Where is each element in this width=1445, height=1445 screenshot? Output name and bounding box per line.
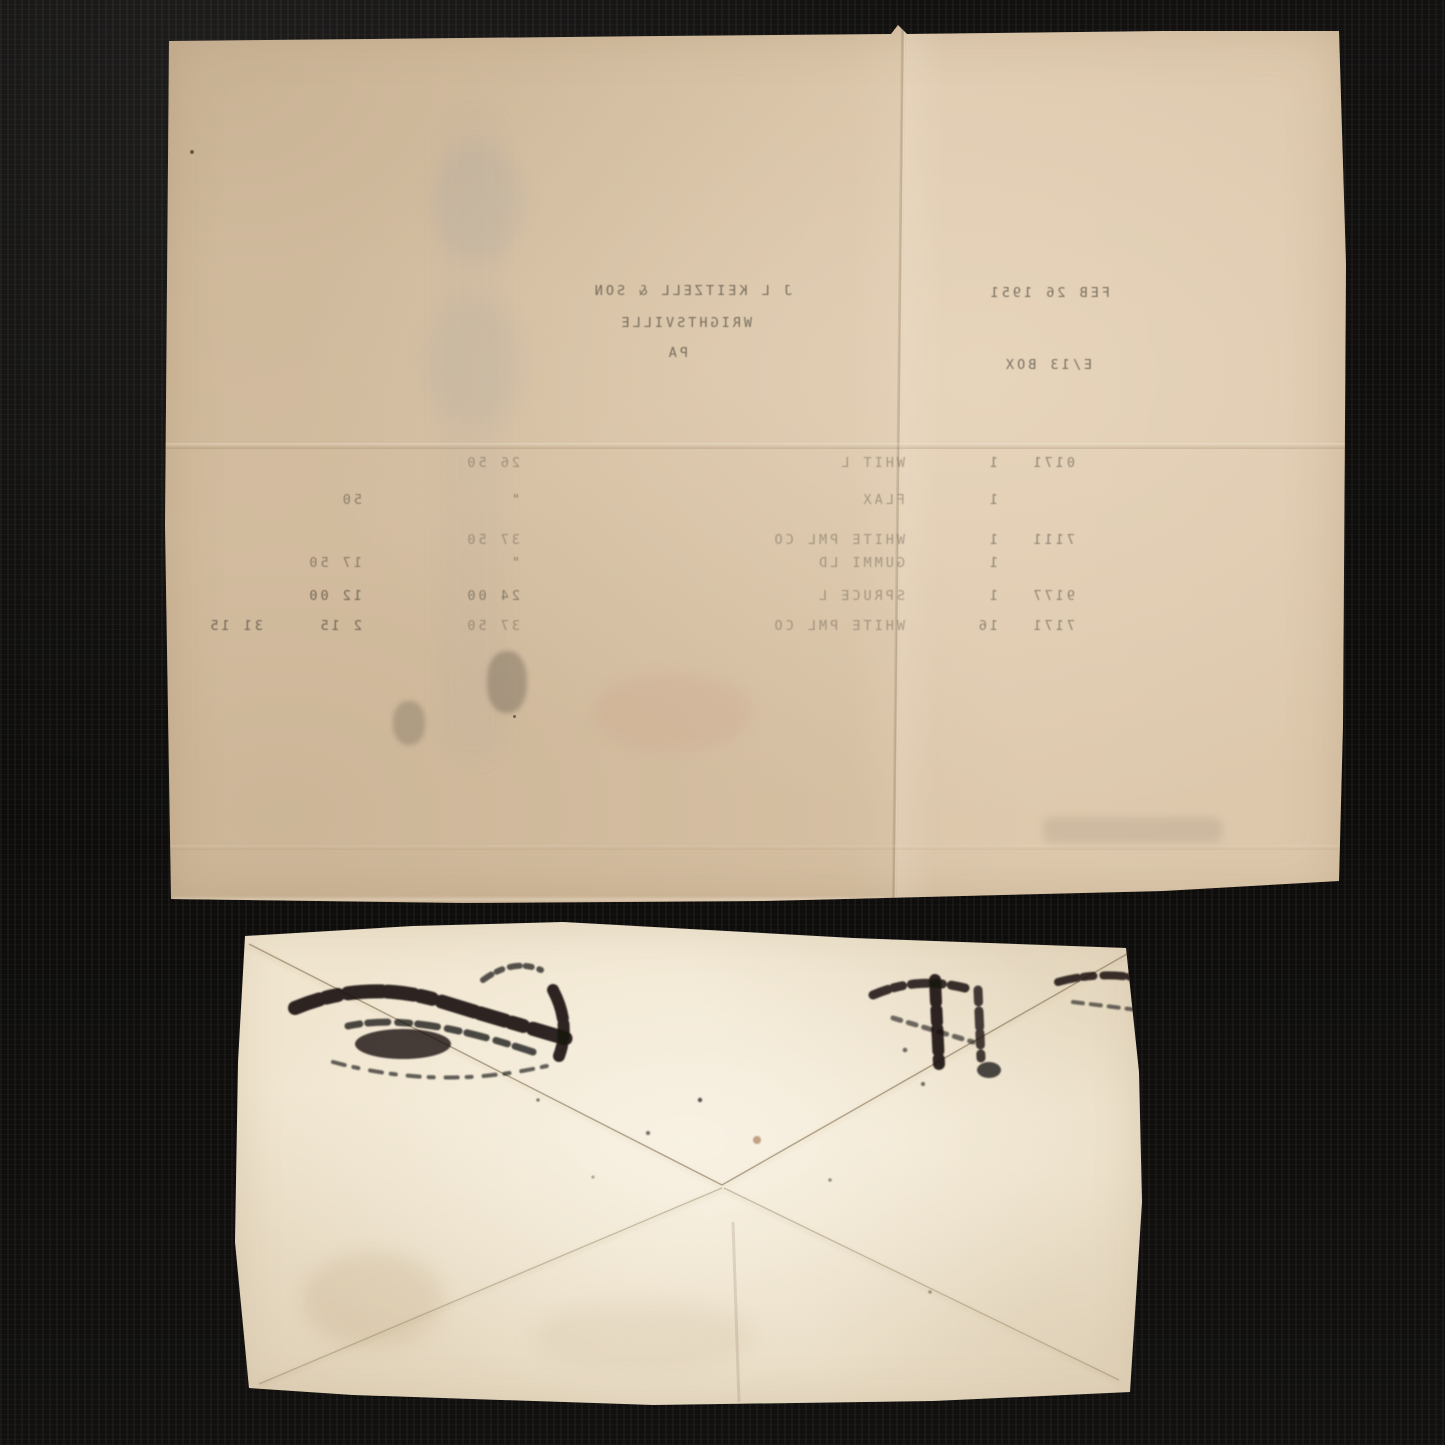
ghost-cell-item: GUMMI LD: [816, 555, 905, 571]
ghost-cell-item: FLAX: [860, 492, 905, 508]
seam-crease-left: [259, 1188, 722, 1384]
ghost-cell-price: 24 00: [464, 588, 520, 604]
ghost-date: FEB 26 1951: [988, 285, 1110, 301]
ink-blot: [355, 1029, 451, 1059]
photo-frame: FEB 26 1951 E/13 BOX J L KEITZELL & SON …: [0, 0, 1445, 1445]
ghost-cell-qty: 1: [987, 532, 998, 548]
ghost-addressee-name: J L KEITZELL & SON: [592, 283, 792, 299]
ink-smudge-left-cluster: [295, 966, 571, 1078]
ghost-cell-amount: 2 15: [317, 618, 362, 634]
ghost-cell-total: 31 15: [207, 618, 263, 634]
seam-crease-right: [724, 1188, 1119, 1380]
brown-spot: [753, 1136, 761, 1144]
ghost-cell-id: 0171: [1030, 455, 1075, 471]
ghost-cell-price: 37 50: [464, 618, 520, 634]
ghost-cell-price: 26 50: [464, 455, 520, 471]
ghost-cell-amount: 12 00: [306, 588, 362, 604]
ghost-cell-qty: 1: [987, 492, 998, 508]
ghost-cell-item: SPRUCE L: [816, 588, 905, 604]
ghost-cell-item: WHITE PML CO: [771, 618, 905, 634]
ink-smudges: [295, 966, 1143, 1294]
wrinkle-crease: [733, 1222, 739, 1402]
envelope: [233, 922, 1143, 1405]
ghost-cell-price: ": [509, 492, 520, 508]
ink-smudge-center-cluster: [873, 980, 981, 1064]
flap-crease-right: [722, 954, 1127, 1185]
ghost-addressee-state: PA: [666, 345, 688, 361]
letter-sheet: FEB 26 1951 E/13 BOX J L KEITZELL & SON …: [163, 25, 1346, 903]
ghost-cell-amount: 50: [340, 492, 362, 508]
ghost-addressee-city: WRIGHTSVILLE: [618, 315, 752, 331]
ghost-cell-amount: 17 50: [306, 555, 362, 571]
letter-mirror-layer: FEB 26 1951 E/13 BOX J L KEITZELL & SON …: [163, 25, 1346, 903]
ghost-cell-item: WHITE PML CO: [771, 532, 905, 548]
bottom-seam-creases: [259, 1188, 1119, 1402]
ghost-cell-qty: 16: [976, 618, 998, 634]
ghost-ref: E/13 BOX: [1003, 357, 1092, 373]
ghost-cell-id: 7111: [1030, 532, 1075, 548]
envelope-detail-svg: [233, 922, 1143, 1405]
ghost-cell-qty: 1: [987, 455, 998, 471]
ghost-cell-qty: 1: [987, 555, 998, 571]
ghost-cell-price: ": [509, 555, 520, 571]
ghost-cell-qty: 1: [987, 588, 998, 604]
ghost-cell-id: 9177: [1030, 588, 1075, 604]
ghost-cell-id: 7171: [1030, 618, 1075, 634]
ink-blot: [977, 1062, 1001, 1078]
ghost-cell-price: 37 50: [464, 532, 520, 548]
ghost-cell-item: WHIT L: [838, 455, 905, 471]
